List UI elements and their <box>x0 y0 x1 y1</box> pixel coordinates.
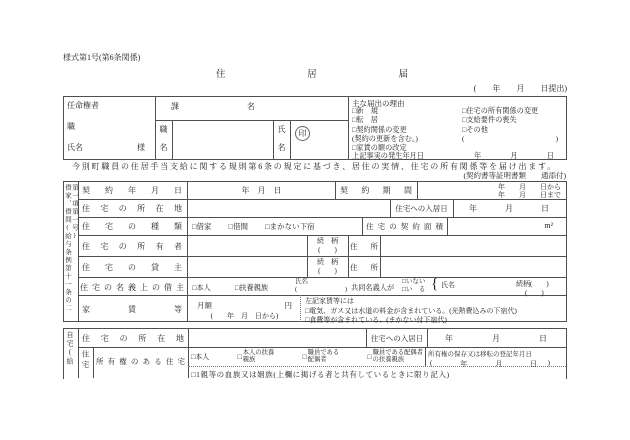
relation-label: 続 柄 <box>308 258 347 267</box>
joint-relation-line2: ( ) <box>525 288 544 298</box>
owner-relation-cell[interactable]: 続 柄 ( ) <box>308 237 347 255</box>
residence-report-form: 様式第1号(第6条関係) 住 居 届 ( 年 月 日提出) 任命権者 職 氏名 … <box>0 0 630 440</box>
house-sub-label: 住宅 <box>80 350 92 376</box>
house-type-options: □借家 □借間 □まかない下宿 <box>192 221 315 232</box>
house-type-label: 住宅の種類 <box>82 221 182 232</box>
nominal-tenant-label: 住宅の名義上の借主 <box>80 282 184 293</box>
grid-line <box>78 328 79 378</box>
rent-note-title: 左記家賃等には <box>305 297 517 307</box>
rent-yen-label: 円 <box>285 300 293 311</box>
course-name-field[interactable] <box>274 97 347 119</box>
brace-glyph: { <box>431 276 438 293</box>
tenant-name-label: 氏名 <box>295 278 347 286</box>
rental-address-field[interactable] <box>188 200 388 216</box>
movein-date-value[interactable]: 年 月 日 <box>453 203 565 214</box>
contract-period-label: 契約期間 <box>340 185 412 196</box>
grid-line <box>78 347 566 348</box>
grid-line <box>417 181 418 199</box>
own-house-side-label: 自宅(給 <box>65 331 77 377</box>
checkbox-new[interactable]: □新 規 <box>352 107 418 116</box>
reason-left-column: □新 規 □転 居 □契約関係の変更 (契約の更新を含む。) □家賃の額の改定 <box>352 107 418 153</box>
grid-line <box>93 347 94 378</box>
lessor-address-label: 住所 <box>350 262 378 273</box>
checkbox-joint-no[interactable]: □いない <box>402 278 425 286</box>
checkbox-utilities-included[interactable]: □電気、ガス又は水道の料金が含まれている。(光熱費込みの下宿代) <box>305 307 517 317</box>
checkbox-staff-spouse[interactable]: □ 職員である 配偶者 <box>302 350 339 364</box>
grid-line <box>366 328 367 347</box>
registration-value: ( 年 月 日) <box>428 359 552 369</box>
period-from[interactable]: 年 月 日から <box>419 183 561 191</box>
checkbox-glyph: □ <box>302 353 306 361</box>
checkbox-glyph: □ <box>237 353 241 361</box>
checkbox-joint-yes[interactable]: □い る <box>402 286 425 294</box>
grid-line <box>78 181 79 322</box>
relation-paren: ( ) <box>308 267 347 276</box>
contract-area-unit[interactable]: m² <box>447 221 559 230</box>
house-owner-label: 住宅の所有者 <box>82 241 182 252</box>
seal-icon: 印 <box>295 126 310 141</box>
rent-label: 家賃等 <box>82 304 182 315</box>
checkbox-glyph: □ <box>367 353 371 361</box>
movein-date-label: 住宅への入居日 <box>391 203 452 214</box>
rental-address-label: 住宅の所在地 <box>82 203 182 214</box>
relation-paren: ( ) <box>308 246 347 255</box>
dotted-grid-line <box>300 295 301 322</box>
option-line2: 配偶者 <box>308 357 339 364</box>
owner-name-field[interactable] <box>188 236 306 255</box>
full-name-label: 氏名 <box>273 120 290 165</box>
owner-address-label: 住所 <box>350 241 378 252</box>
owner-address-field[interactable] <box>381 236 565 255</box>
checkbox-requirement-loss[interactable]: □支給要件の喪失 <box>462 116 558 125</box>
joint-name-label[interactable]: 氏名 <box>441 280 455 290</box>
contract-date-value[interactable]: 年 月 日 <box>190 185 333 196</box>
rent-notes: 左記家賃等には □電気、ガス又は水道の料金が含まれている。(光熱費込みの下宿代)… <box>305 297 517 326</box>
title-char-2: 居 <box>307 66 317 80</box>
form-number: 様式第1号(第6条関係) <box>63 52 140 63</box>
tenant-name-paren: ( ) <box>295 286 347 294</box>
reason-right-column: □住宅の所有関係の変更 □支給要件の喪失 □その他 ( ) <box>462 107 558 144</box>
registration-date-cell[interactable]: 所有権の保存又は移転の登記年月日 ( 年 月 日) <box>428 349 564 369</box>
other-detail-field[interactable]: ( ) <box>462 135 558 144</box>
lessor-label: 住宅の貸主 <box>82 262 182 273</box>
rent-from-date[interactable]: ( 年 月 日から) <box>197 311 292 321</box>
checkbox-rented-room[interactable]: □借間 <box>229 221 249 232</box>
grid-line <box>78 217 566 218</box>
title-char-1: 住 <box>216 66 226 80</box>
checkbox-owner-self[interactable]: □本人 <box>191 352 209 362</box>
grid-line <box>335 181 336 199</box>
checkbox-owner-dependent[interactable]: □ 本人の扶養 親族 <box>237 350 274 364</box>
seal-char: 印 <box>299 127 307 140</box>
post-title-label: 職名 <box>155 120 172 165</box>
joint-holder-label: 共同名義人が <box>351 283 394 293</box>
checkbox-contract-change[interactable]: □契約関係の変更 <box>352 126 418 135</box>
grid-line <box>425 347 426 366</box>
checkbox-meals-included[interactable]: □食費等が含まれている。(まかない付下宿代) <box>305 316 517 326</box>
page-title: 住 居 届 <box>216 66 408 80</box>
relation-label: 続 柄 <box>308 237 347 246</box>
grid-line <box>362 217 363 235</box>
submit-date-note: ( 年 月 日提出) <box>438 83 567 94</box>
rent-amount-line[interactable]: 月額 円 <box>197 300 292 311</box>
registration-label: 所有権の保存又は移転の登記年月日 <box>428 349 564 358</box>
name-label: 氏名 <box>67 142 83 153</box>
own-address-label: 住宅の所在地 <box>82 333 184 344</box>
grid-line <box>348 235 349 256</box>
lessor-relation-cell[interactable]: 続 柄 ( ) <box>308 258 347 276</box>
checkbox-ownership-change[interactable]: □住宅の所有関係の変更 <box>462 107 558 116</box>
checkbox-other[interactable]: □その他 <box>462 126 558 135</box>
appointer-label: 任命権者 <box>67 100 99 111</box>
joint-holder-options: □いない □い る <box>402 278 425 294</box>
grid-line <box>78 295 566 296</box>
own-movein-label: 住宅への入居日 <box>368 333 426 344</box>
checkbox-tenant-dependent[interactable]: □扶養親族 <box>235 283 268 293</box>
grid-line <box>348 96 349 160</box>
post-label: 職 <box>67 121 75 132</box>
ownership-options: □本人 □ 本人の扶養 親族 □ 職員である 配偶者 □ 職員である配偶者 の扶… <box>191 349 423 364</box>
tenant-name-cell[interactable]: 氏名 ( ) <box>295 278 347 294</box>
checkbox-move[interactable]: □転 居 <box>352 116 418 125</box>
checkbox-first-degree-relative[interactable]: □1親等の血族又は姻族(上欄に掲げる者と共有しているときに限り記入) <box>191 369 450 380</box>
title-char-3: 届 <box>398 66 408 80</box>
honorific-label: 様 <box>137 142 145 153</box>
course-name-label: 課名 <box>157 101 269 112</box>
checkbox-spouse-dependent[interactable]: □ 職員である配偶者 の扶養親族 <box>367 350 423 364</box>
checkbox-tenant-self[interactable]: □本人 <box>192 283 211 293</box>
contract-period-value[interactable]: 年 月 日から 年 月 日まで <box>419 183 561 199</box>
own-address-field[interactable] <box>189 329 365 346</box>
own-movein-value[interactable]: 年 月 日 <box>427 333 565 344</box>
contract-area-label: 住宅の契約面積 <box>366 221 443 232</box>
option-line2: の扶養親族 <box>373 357 423 364</box>
option-line2: 親族 <box>243 357 274 364</box>
lessor-address-field[interactable] <box>381 257 565 276</box>
lessor-name-field[interactable] <box>188 257 306 276</box>
period-to[interactable]: 年 月 日まで <box>419 191 561 199</box>
contract-renewal-note: (契約の更新を含む。) <box>352 135 418 144</box>
grid-line <box>348 256 349 277</box>
checkbox-rented-house[interactable]: □借家 <box>192 221 212 232</box>
occurrence-date-label: 上記事実の発生年月日 <box>352 151 424 161</box>
rent-monthly-label: 月額 <box>197 300 212 311</box>
ownership-label: 所有権のある住宅 <box>96 356 185 367</box>
checkbox-boarding-house[interactable]: □まかない下宿 <box>265 221 315 232</box>
post-title-field[interactable] <box>173 121 272 159</box>
attachment-note: (契約書等証明書類 通添付) <box>380 170 566 181</box>
contract-date-label: 契約年月日 <box>82 185 182 196</box>
occurrence-date-value[interactable]: 年 月 日 <box>468 151 560 161</box>
rental-side-label: 借家、借間(給与条例第十一条の二第一項第一号) <box>64 184 78 320</box>
